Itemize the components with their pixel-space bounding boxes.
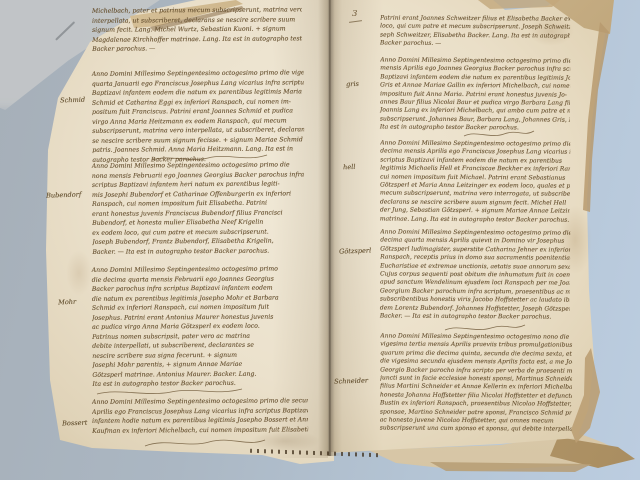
entry-burial-goetzsperl: Anno Domini Millesimo Septingentesimo oc… bbox=[380, 228, 571, 322]
margin-note-gris: gris bbox=[346, 80, 359, 88]
entry-baptism-hell: Anno Domini Millesimo Septingentesimo oc… bbox=[380, 139, 571, 224]
flourish-line bbox=[462, 128, 537, 140]
flourish-line bbox=[150, 152, 270, 164]
margin-note-mohr: Mohr bbox=[58, 298, 76, 307]
margin-note-bubendorf: Bubendorf bbox=[46, 190, 82, 199]
margin-note-bossert: Bossert bbox=[62, 419, 88, 428]
entry-marriage-schneider: Anno Domini Millesimo Septingentesimo oc… bbox=[380, 332, 573, 434]
handwriting-line: matrinae. Lang. Ita est in autographo te… bbox=[380, 215, 570, 225]
entry-baptism-gris: Anno Domini Millesimo Septingentesimo oc… bbox=[380, 56, 570, 133]
flourish-line bbox=[443, 322, 528, 334]
handwriting-line: Backer parochus. — bbox=[380, 40, 570, 50]
handwriting-line: Backer. — Ita est in autographo testor B… bbox=[92, 246, 304, 257]
margin-note-schmid: Schmid bbox=[60, 96, 85, 105]
margin-note-hell: hell bbox=[343, 163, 356, 171]
manuscript-scan: 3 Schmid Bubendorf Mohr Bossert gris hel… bbox=[0, 0, 640, 480]
handwriting-line: Backer. — Ita est in autographo testor B… bbox=[380, 312, 570, 322]
handwriting-line: subscripserunt una cum sponso et sponsa,… bbox=[380, 425, 572, 435]
margin-note-goetzsperl: Götzsperl bbox=[339, 246, 371, 255]
entry-baptism-mohr: Anno Domini Millesimo Septingentesimo oc… bbox=[92, 264, 305, 389]
handwriting-line: Magdalenae Kirchhoffer matrinae. Lang. I… bbox=[92, 34, 302, 45]
entry-baptism-bossert: Anno Domini Millesimo Septingentesimo oc… bbox=[92, 396, 308, 436]
flourish-line bbox=[95, 386, 245, 398]
margin-note-schneider: Schneider bbox=[334, 376, 368, 385]
page-number: 3 bbox=[352, 9, 357, 19]
entry-baptism-bubendorf: Anno Domini Millesimo Septingentesimo oc… bbox=[92, 160, 305, 256]
entry-fragment-michelbach: Michelbach, pater et patrinus mecum subs… bbox=[92, 5, 302, 54]
handwriting-line: Kaufman ex inferiori Michelbach, cui nom… bbox=[92, 425, 308, 436]
book-gutter-fold bbox=[318, 0, 342, 456]
handwriting-line: Backer parochus. — bbox=[92, 43, 302, 54]
flourish-line bbox=[143, 436, 268, 450]
entry-baptism-schmid: Anno Domini Millesimo Septingentesimo oc… bbox=[92, 68, 305, 164]
entry-fragment-schweitzer: Patrini erant Joannes Schweitzer filius … bbox=[380, 14, 570, 49]
handwriting-line: Joseph Bubendorf, Frantz Bubendorf, Elis… bbox=[92, 236, 304, 247]
